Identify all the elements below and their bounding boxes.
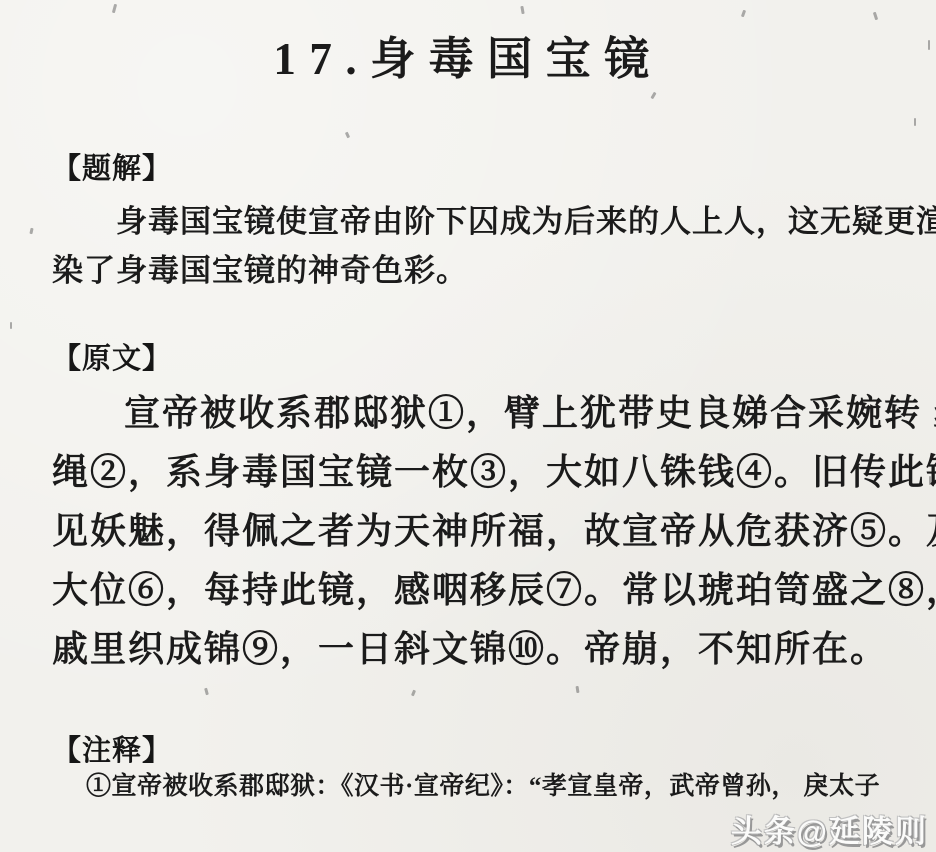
scan-speckle: [411, 690, 416, 697]
text-line: ①宣帝被收系郡邸狱：《汉书·宣帝纪》：“孝宣皇帝，武帝曾孙， 戾太子: [52, 768, 890, 806]
chapter-title: 17.身毒国宝镜: [0, 22, 936, 87]
scan-speckle: [10, 322, 12, 329]
text-line: 身毒国宝镜使宣帝由阶下囚成为后来的人上人，这无疑更渲: [52, 197, 890, 246]
section-heading-yuanwen: 【原文】: [52, 336, 890, 377]
text-line: 宣帝被收系郡邸狱①，臂上犹带史良娣合采婉转 丝: [52, 384, 890, 443]
text-line: 见妖魅，得佩之者为天神所福，故宣帝从危获济⑤。及即: [52, 502, 890, 561]
scan-speckle: [576, 686, 580, 693]
section-heading-tijie: 【题解】: [52, 146, 890, 187]
scan-speckle: [345, 132, 350, 139]
scan-speckle: [112, 4, 117, 13]
text-line: 大位⑥，每持此镜，感咽移辰⑦。常以琥珀笥盛之⑧，缄以: [52, 561, 890, 620]
scan-speckle: [650, 92, 656, 100]
scan-speckle: [928, 40, 930, 50]
text-line: 绳②，系身毒国宝镜一枚③，大如八铢钱④。旧传此镜照: [52, 443, 890, 502]
paragraph-tijie: 身毒国宝镜使宣帝由阶下囚成为后来的人上人，这无疑更渲染了身毒国宝镜的神奇色彩。: [52, 197, 890, 295]
scan-speckle: [29, 228, 33, 234]
text-line: 戚里织成锦⑨，一日斜文锦⑩。帝崩，不知所在。: [52, 620, 890, 679]
scan-speckle: [204, 688, 209, 696]
paragraph-yuanwen: 宣帝被收系郡邸狱①，臂上犹带史良娣合采婉转 丝绳②，系身毒国宝镜一枚③，大如八铢…: [52, 384, 890, 679]
paragraph-zhushi: ①宣帝被收系郡邸狱：《汉书·宣帝纪》：“孝宣皇帝，武帝曾孙， 戾太子: [52, 768, 890, 806]
scan-speckle: [873, 12, 878, 21]
text-line: 染了身毒国宝镜的神奇色彩。: [52, 246, 890, 295]
scan-speckle: [741, 10, 746, 18]
scan-speckle: [520, 6, 524, 14]
section-heading-zhushi: 【注释】: [52, 728, 890, 769]
scan-speckle: [929, 476, 931, 485]
scan-speckle: [914, 118, 916, 126]
toutiao-watermark: 头条@延陵则: [731, 806, 928, 851]
